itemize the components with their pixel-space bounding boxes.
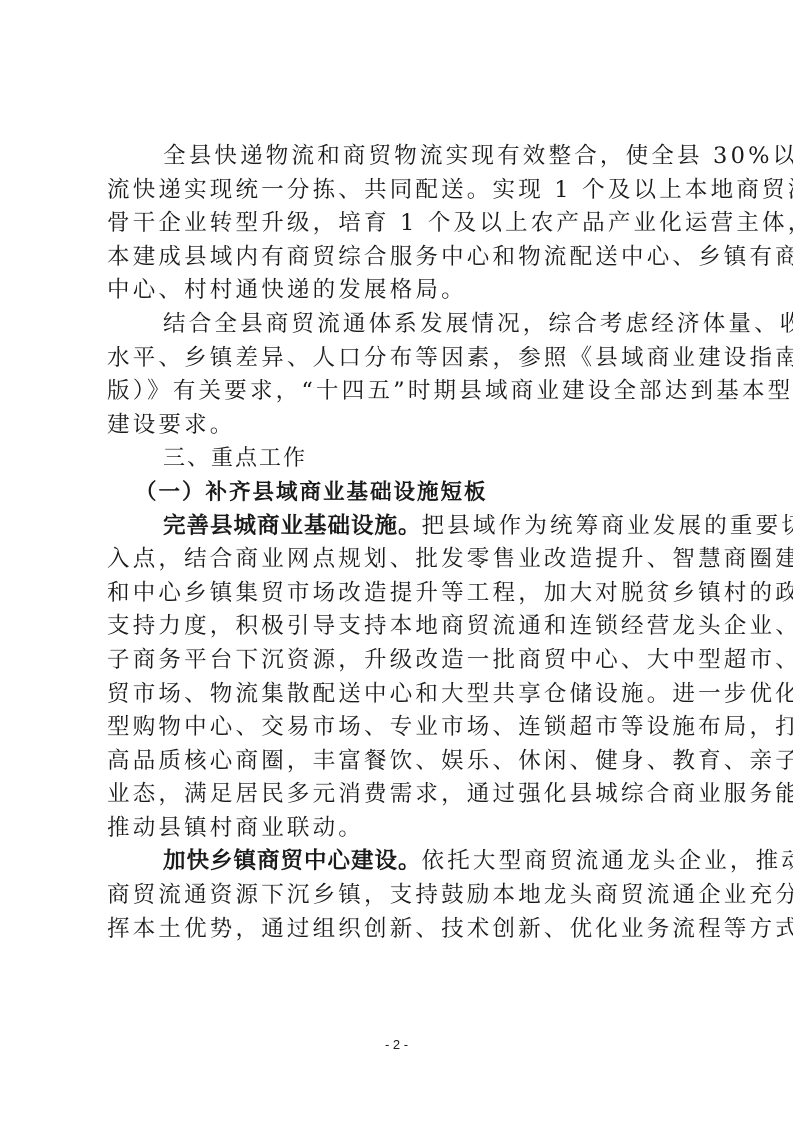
text-line: 水平、乡镇差异、人口分布等因素，参照《县域商业建设指南（2021 [107,342,695,376]
section-heading: 三、重点工作 [107,442,695,476]
text-line: 结合全县商贸流通体系发展情况，综合考虑经济体量、收入 [107,308,695,342]
text-line: 全县快递物流和商贸物流实现有效整合，使全县 30%以上物 [107,140,695,174]
text-line: 高品质核心商圈，丰富餐饮、娱乐、休闲、健身、教育、亲子等 [107,745,695,779]
text-line: 业态，满足居民多元消费需求，通过强化县城综合商业服务能力， [107,778,695,812]
text-line: 支持力度，积极引导支持本地商贸流通和连锁经营龙头企业、电 [107,610,695,644]
text-run: 把县域作为统筹商业发展的重要切 [422,513,793,539]
text-line: 本建成县域内有商贸综合服务中心和物流配送中心、乡镇有商贸 [107,241,695,275]
text-line: 子商务平台下沉资源，升级改造一批商贸中心、大中型超市、集 [107,644,695,678]
text-line: 型购物中心、交易市场、专业市场、连锁超市等设施布局，打造 [107,711,695,745]
text-line: 建设要求。 [107,409,695,443]
text-line: 流快递实现统一分拣、共同配送。实现 1 个及以上本地商贸流通 [107,174,695,208]
text-line: 贸市场、物流集散配送中心和大型共享仓储设施。进一步优化大 [107,678,695,712]
text-line: 版）》有关要求，“十四五”时期县域商业建设全部达到基本型 [107,375,695,409]
page-number: - 2 - [0,1037,793,1052]
document-body: 全县快递物流和商贸物流实现有效整合，使全县 30%以上物 流快递实现统一分拣、共… [107,140,695,946]
paragraph-standards: 结合全县商贸流通体系发展情况，综合考虑经济体量、收入 水平、乡镇差异、人口分布等… [107,308,695,442]
text-line: 推动县镇村商业联动。 [107,812,695,846]
text-line: 挥本土优势，通过组织创新、技术创新、优化业务流程等方式， [107,913,695,947]
text-line: 中心、村村通快递的发展格局。 [107,274,695,308]
subsection-heading: （一）补齐县域商业基础设施短板 [107,476,695,510]
paragraph-county-infrastructure: 完善县城商业基础设施。把县域作为统筹商业发展的重要切 入点，结合商业网点规划、批… [107,510,695,846]
bold-lead: 完善县城商业基础设施。 [163,513,422,539]
paragraph-goals: 全县快递物流和商贸物流实现有效整合，使全县 30%以上物 流快递实现统一分拣、共… [107,140,695,308]
text-line: 商贸流通资源下沉乡镇，支持鼓励本地龙头商贸流通企业充分发 [107,879,695,913]
text-line: 入点，结合商业网点规划、批发零售业改造提升、智慧商圈建设 [107,543,695,577]
text-line: 加快乡镇商贸中心建设。依托大型商贸流通龙头企业，推动 [107,845,695,879]
paragraph-township-centers: 加快乡镇商贸中心建设。依托大型商贸流通龙头企业，推动 商贸流通资源下沉乡镇，支持… [107,845,695,946]
text-run: 依托大型商贸流通龙头企业，推动 [422,848,793,874]
text-line: 骨干企业转型升级，培育 1 个及以上农产品产业化运营主体，基 [107,207,695,241]
text-line: 和中心乡镇集贸市场改造提升等工程，加大对脱贫乡镇村的政策 [107,577,695,611]
bold-lead: 加快乡镇商贸中心建设。 [163,848,422,874]
text-line: 完善县城商业基础设施。把县域作为统筹商业发展的重要切 [107,510,695,544]
